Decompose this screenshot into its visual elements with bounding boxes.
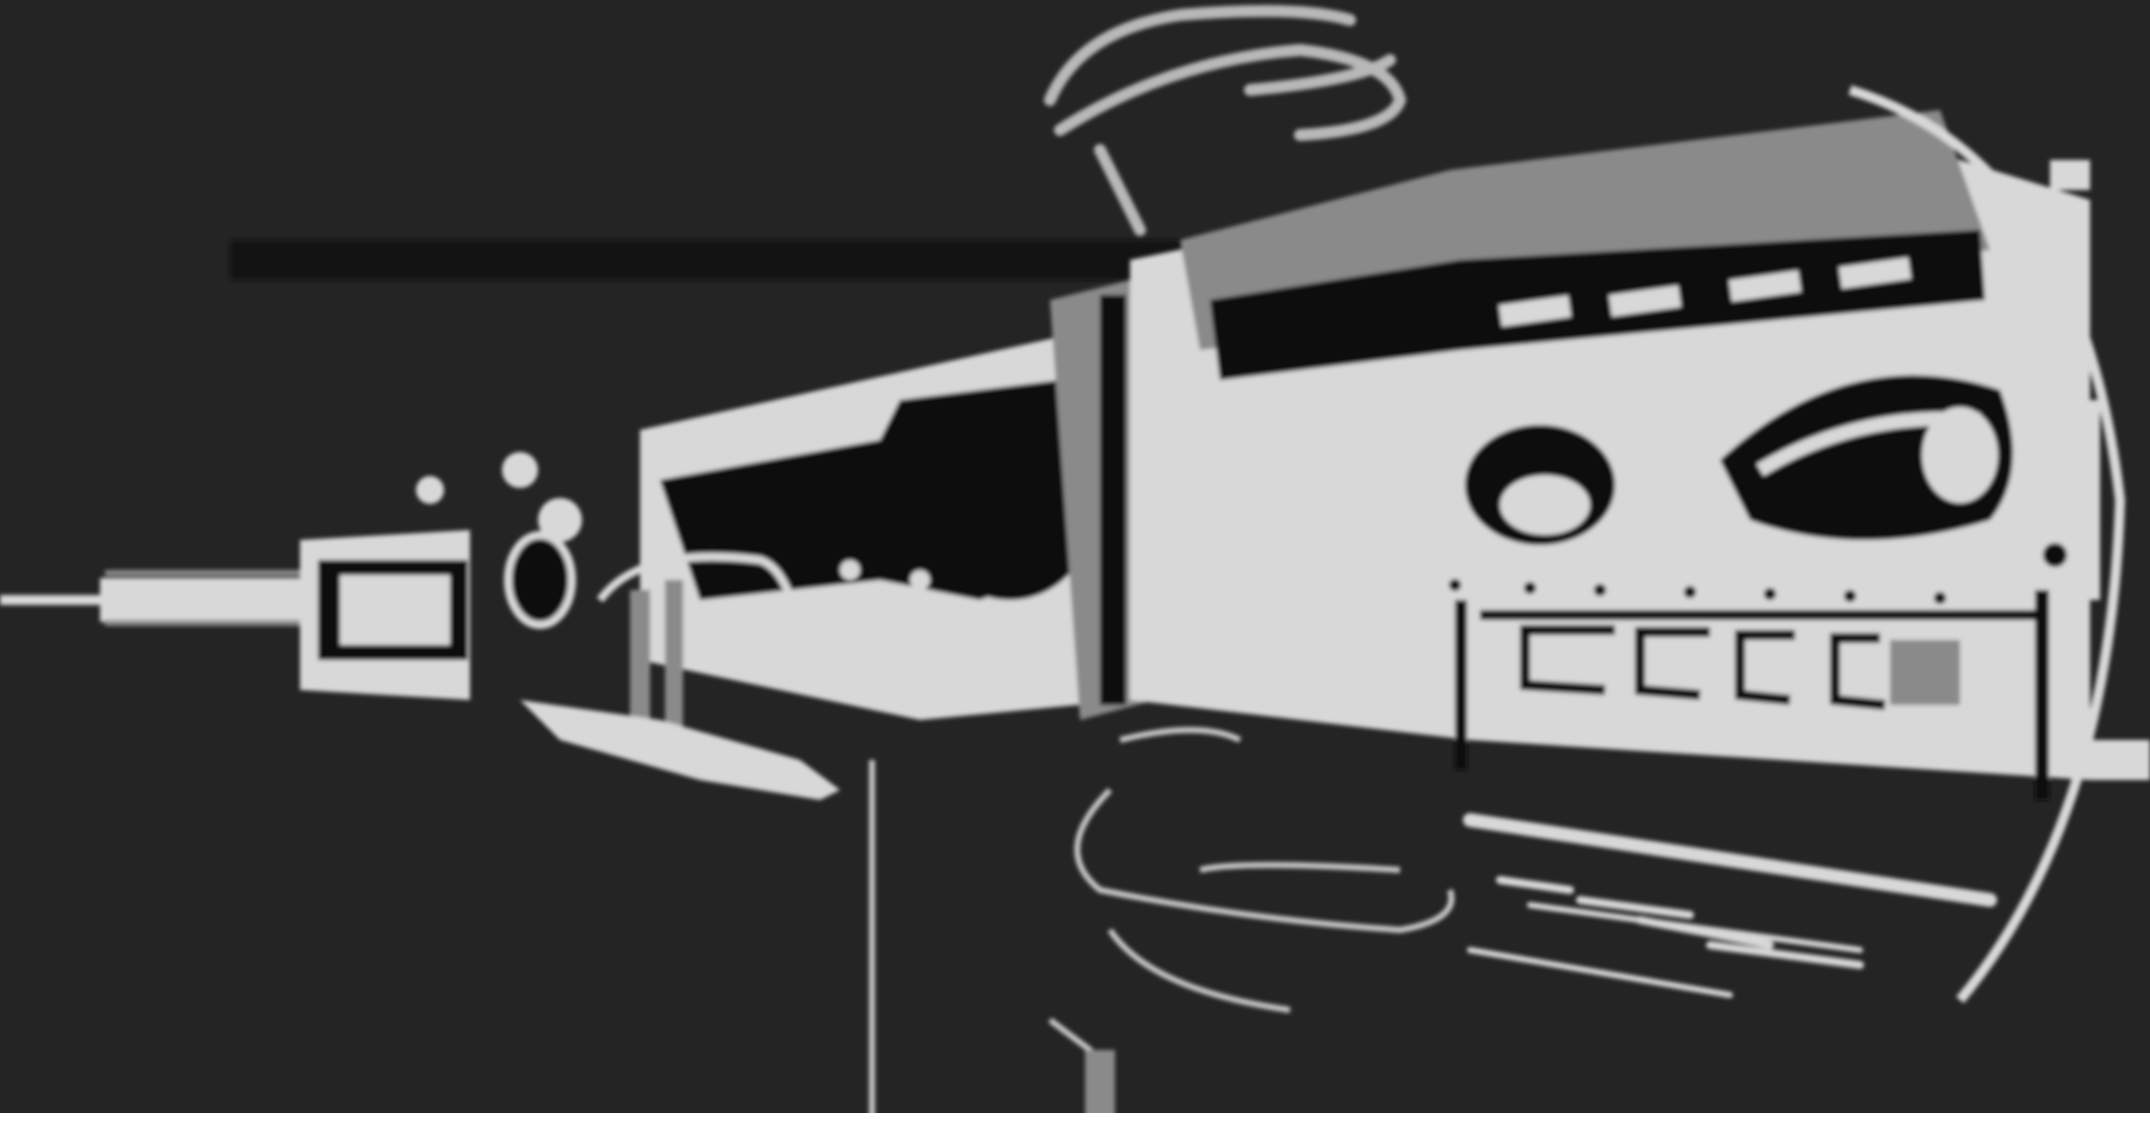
paper-edge [0,1113,2150,1133]
transmission-photo [0,0,2150,1133]
